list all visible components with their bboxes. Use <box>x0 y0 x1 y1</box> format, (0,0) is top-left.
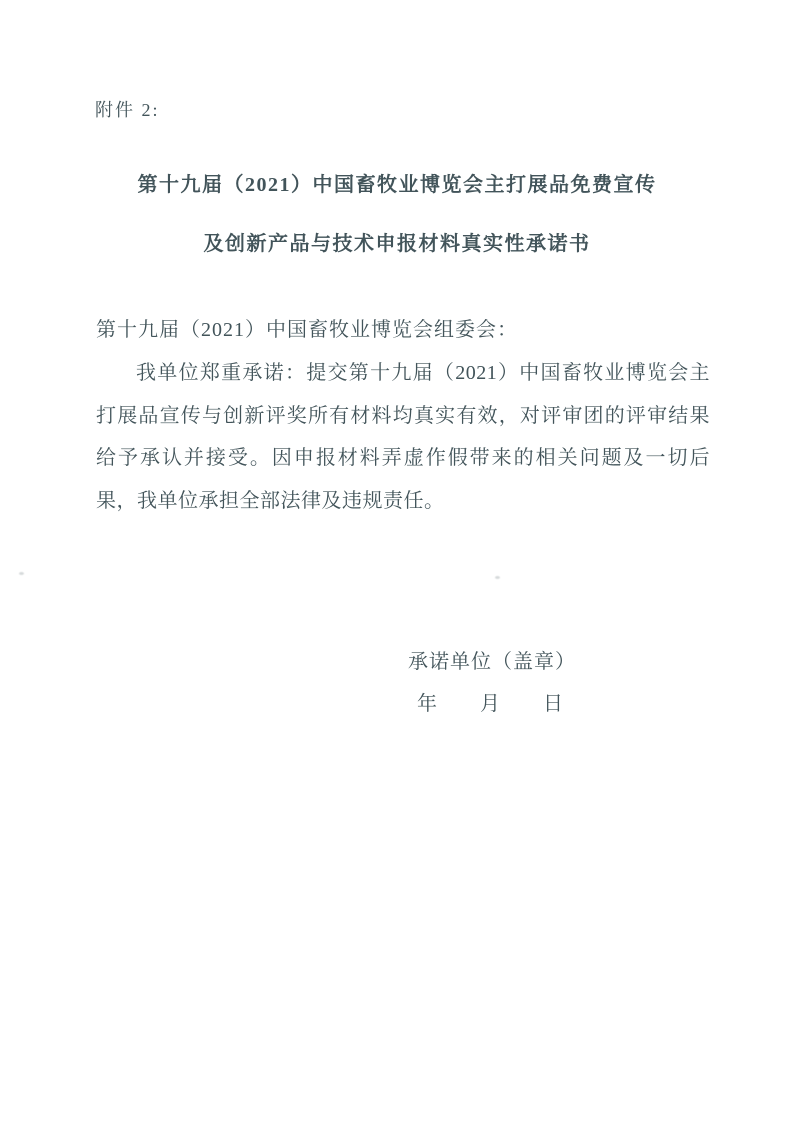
scan-artifact-dot <box>495 576 500 579</box>
title-line-1: 第十九届（2021）中国畜牧业博览会主打展品免费宣传 <box>0 170 794 200</box>
signature-unit-seal-label: 承诺单位（盖章） <box>408 645 576 674</box>
document-page: 附件 2: 第十九届（2021）中国畜牧业博览会主打展品免费宣传 及创新产品与技… <box>0 0 794 1123</box>
date-year-month-day-line: 年 月 日 <box>417 687 564 716</box>
attachment-label: 附件 2: <box>95 96 160 122</box>
scan-artifact-dot <box>19 572 24 575</box>
document-title: 第十九届（2021）中国畜牧业博览会主打展品免费宣传 及创新产品与技术申报材料真… <box>0 170 794 259</box>
commitment-body-paragraph: 我单位郑重承诺：提交第十九届（2021）中国畜牧业博览会主打展品宣传与创新评奖所… <box>96 352 710 522</box>
salutation-line: 第十九届（2021）中国畜牧业博览会组委会： <box>96 313 518 342</box>
title-line-2: 及创新产品与技术申报材料真实性承诺书 <box>0 229 794 259</box>
